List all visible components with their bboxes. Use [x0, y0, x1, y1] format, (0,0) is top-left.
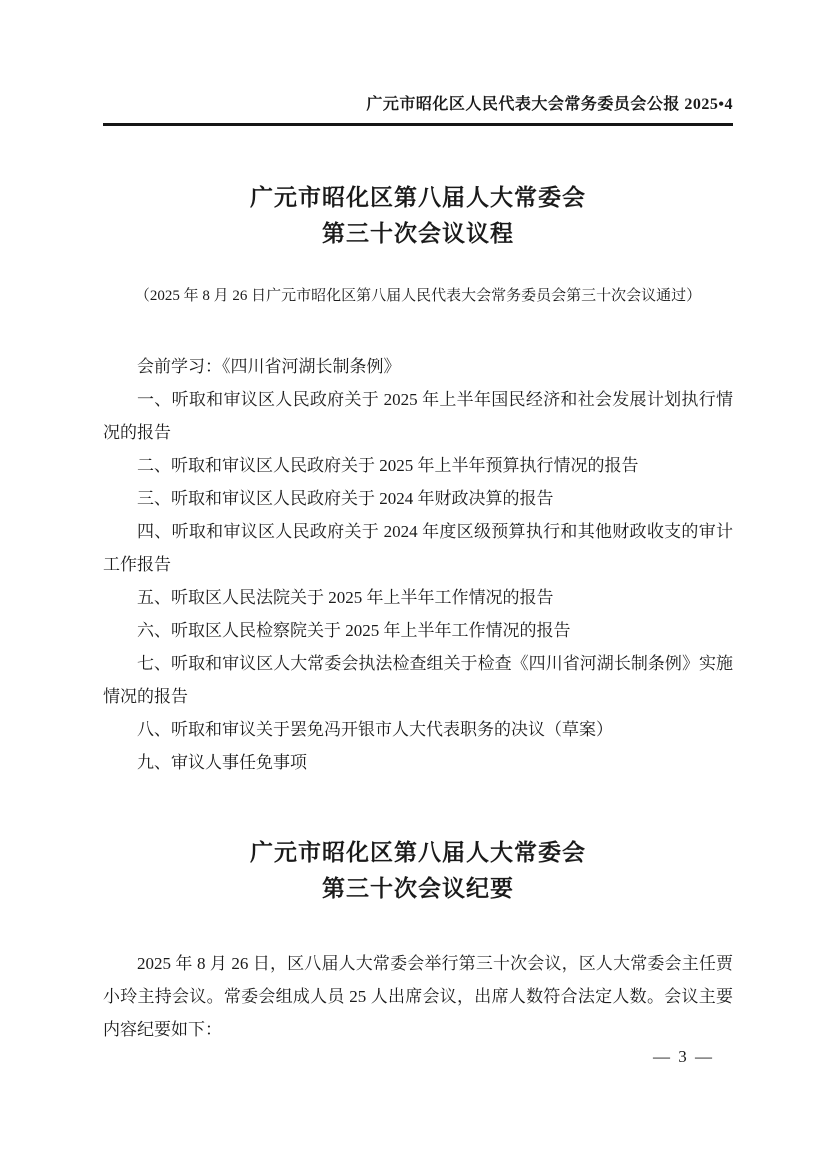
agenda-item: 一、听取和审议区人民政府关于 2025 年上半年国民经济和社会发展计划执行情况的… [103, 383, 733, 449]
page-number: — 3 — [653, 1046, 714, 1068]
agenda-title-line1: 广元市昭化区第八届人大常委会 [103, 180, 733, 216]
agenda-item: 九、审议人事任免事项 [103, 746, 733, 779]
agenda-item: 四、听取和审议区人民政府关于 2024 年度区级预算执行和其他财政收支的审计工作… [103, 515, 733, 581]
page-content: 广元市昭化区人民代表大会常务委员会公报 2025•4 广元市昭化区第八届人大常委… [0, 0, 827, 1046]
masthead-text: 广元市昭化区人民代表大会常务委员会公报 2025•4 [103, 0, 733, 115]
agenda-item: 六、听取区人民检察院关于 2025 年上半年工作情况的报告 [103, 614, 733, 647]
agenda-item: 八、听取和审议关于罢免冯开银市人大代表职务的决议（草案） [103, 713, 733, 746]
minutes-title-line1: 广元市昭化区第八届人大常委会 [103, 835, 733, 871]
minutes-paragraph: 2025 年 8 月 26 日，区八届人大常委会举行第三十次会议，区人大常委会主… [103, 947, 733, 1046]
header-rule [103, 123, 733, 126]
agenda-subtitle: （2025 年 8 月 26 日广元市昭化区第八届人民代表大会常务委员会第三十次… [103, 285, 733, 307]
agenda-title-line2: 第三十次会议议程 [103, 216, 733, 252]
agenda-title: 广元市昭化区第八届人大常委会 第三十次会议议程 [103, 180, 733, 252]
agenda-item: 会前学习：《四川省河湖长制条例》 [103, 350, 733, 383]
minutes-title: 广元市昭化区第八届人大常委会 第三十次会议纪要 [103, 835, 733, 907]
agenda-item: 五、听取区人民法院关于 2025 年上半年工作情况的报告 [103, 581, 733, 614]
agenda-items: 会前学习：《四川省河湖长制条例》 一、听取和审议区人民政府关于 2025 年上半… [103, 350, 733, 779]
agenda-item: 七、听取和审议区人大常委会执法检查组关于检查《四川省河湖长制条例》实施情况的报告 [103, 647, 733, 713]
minutes-title-line2: 第三十次会议纪要 [103, 871, 733, 907]
gazette-page: 广元市昭化区人民代表大会常务委员会公报 2025•4 广元市昭化区第八届人大常委… [0, 0, 827, 1170]
agenda-item: 三、听取和审议区人民政府关于 2024 年财政决算的报告 [103, 482, 733, 515]
agenda-item: 二、听取和审议区人民政府关于 2025 年上半年预算执行情况的报告 [103, 449, 733, 482]
